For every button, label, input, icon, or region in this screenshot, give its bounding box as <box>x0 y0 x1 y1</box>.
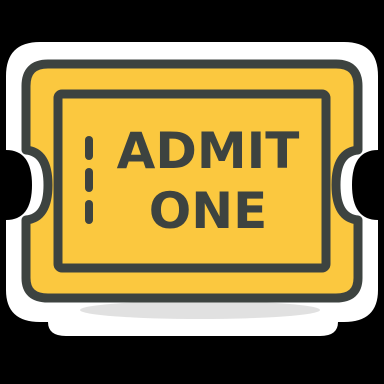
ticket-outer <box>26 64 358 298</box>
shadow <box>80 301 320 319</box>
admit-text: ADMIT <box>117 122 300 180</box>
one-text: ONE <box>149 182 268 240</box>
admit-one-ticket-sticker: ADMIT ONE <box>0 0 384 384</box>
